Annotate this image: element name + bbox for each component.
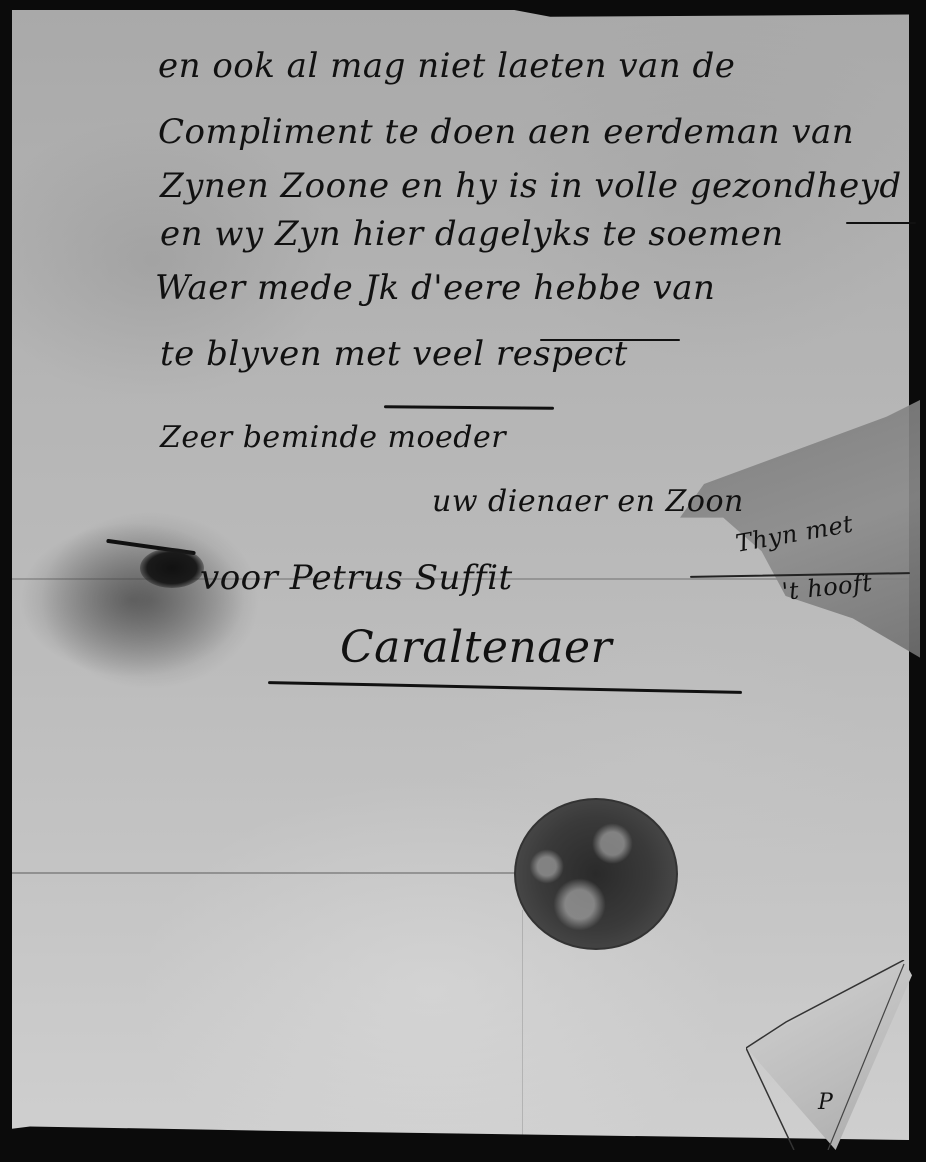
fold-line (522, 910, 523, 1140)
water-stain (40, 510, 260, 690)
corner-mark: P (818, 1090, 833, 1115)
letter-line: Waer mede Jk d'eere hebbe van (155, 268, 715, 308)
ink-blot (140, 548, 204, 588)
signature-line-1: voor Petrus Suffit (200, 558, 513, 598)
signature-line-2: Caraltenaer (340, 622, 612, 673)
letter-line: en ook al mag niet laeten van de (158, 46, 735, 86)
fold-line (12, 872, 532, 874)
letter-line: Compliment te doen aen eerdeman van (158, 112, 854, 152)
line-flourish (540, 339, 680, 341)
closing-salutation: Zeer beminde moeder (160, 420, 506, 455)
letter-line: en wy Zyn hier dagelyks te soemen (160, 214, 784, 254)
wax-seal (514, 798, 678, 950)
letter-line: Zynen Zoone en hy is in volle gezondheyd (160, 166, 902, 206)
line-flourish (846, 222, 916, 224)
folded-corner-outline (746, 960, 912, 1150)
closing-signoff: uw dienaer en Zoon (432, 484, 744, 519)
